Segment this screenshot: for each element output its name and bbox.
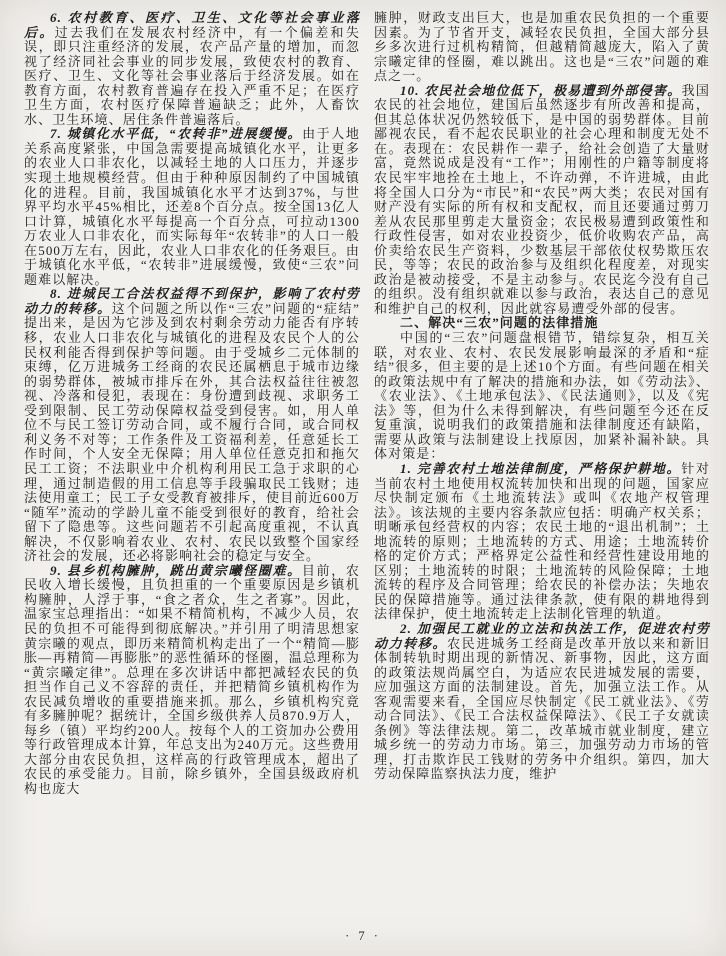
paragraph-item-9-body: 目前，农民收入增长缓慢，且负担重的一个重要原因是乡镇机构臃肿，人浮于事，“食之者… xyxy=(24,563,360,796)
section-heading-legal-measures: 二、解决“三农”问题的法律措施 xyxy=(374,316,710,331)
paragraph-item-10: 10. 农民社会地位低下，极易遭到外部侵害。我国农民的社会地位，建国后虽然逐步有… xyxy=(374,84,710,317)
paragraph-item-7-lead: 7. 城镇化水平低，“农转非”进展缓慢。 xyxy=(50,126,302,141)
paragraph-item-9-continuation: 臃肿，财政支出巨大，也是加重农民负担的一个重要因素。为了节省开支，减轻农民负担，… xyxy=(374,11,710,84)
paragraph-item-7-body: 由于人地关系高度紧张，中国急需要提高城镇化水平，让更多的农业人口非农化，以减轻土… xyxy=(24,126,360,286)
paragraph-item-6-body: 过去我们在发展农村经济中，有一个偏差和失误，即只注重经济的发展，农产品产量的增加… xyxy=(24,25,360,127)
measure-item-2: 2. 加强民工就业的立法和执法工作，促进农村劳动力转移。农民进城务工经商是改革开… xyxy=(374,622,710,782)
paragraph-item-10-body: 我国农民的社会地位，建国后虽然逐步有所改善和提高，但其总体状况仍然较低下，是中国… xyxy=(374,83,710,316)
measure-item-1-body: 针对当前农村土地使用权流转加快和出现的问题，国家应尽快制定颁布《土地流转法》或叫… xyxy=(374,461,710,621)
measure-item-2-body: 农民进城务工经商是改革开放以来和新旧体制转轨时期出现的新情况、新事物，因此，这方… xyxy=(374,636,710,782)
page-number: · 7 · xyxy=(0,929,726,944)
text-column-right: 臃肿，财政支出巨大，也是加重农民负担的一个重要因素。为了节省开支，减轻农民负担，… xyxy=(374,11,710,923)
paragraph-item-9: 9. 县乡机构臃肿，跳出黄宗曦怪圈难。目前，农民收入增长缓慢，且负担重的一个重要… xyxy=(24,564,360,797)
section-intro-paragraph: 中国的“三农”问题盘根错节，错综复杂，相互关联，对农业、农村、农民发展影响最深的… xyxy=(374,331,710,462)
paragraph-item-10-lead: 10. 农民社会地位低下，极易遭到外部侵害。 xyxy=(400,83,682,98)
text-column-left: 6. 农村教育、医疗、卫生、文化等社会事业落后。过去我们在发展农村经济中，有一个… xyxy=(24,11,360,923)
paragraph-item-6: 6. 农村教育、医疗、卫生、文化等社会事业落后。过去我们在发展农村经济中，有一个… xyxy=(24,11,360,127)
page-content: 6. 农村教育、医疗、卫生、文化等社会事业落后。过去我们在发展农村经济中，有一个… xyxy=(0,0,726,923)
measure-item-1-lead: 1. 完善农村土地法律制度，严格保护耕地。 xyxy=(400,461,681,476)
paragraph-item-9-lead: 9. 县乡机构臃肿，跳出黄宗曦怪圈难。 xyxy=(50,563,302,578)
paragraph-item-9-continuation-body: 臃肿，财政支出巨大，也是加重农民负担的一个重要因素。为了节省开支，减轻农民负担，… xyxy=(374,11,710,83)
paragraph-item-8: 8. 进城民工合法权益得不到保护，影响了农村劳动力的转移。这个问题之所以作“三农… xyxy=(24,287,360,563)
paragraph-item-7: 7. 城镇化水平低，“农转非”进展缓慢。由于人地关系高度紧张，中国急需要提高城镇… xyxy=(24,127,360,287)
paragraph-item-8-body: 这个问题之所以作“三农”问题的“症结”提出来，是因为它涉及到农村剩余劳动力能否有… xyxy=(24,301,360,563)
measure-item-1: 1. 完善农村土地法律制度，严格保护耕地。针对当前农村土地使用权流转加快和出现的… xyxy=(374,462,710,622)
document-page: 6. 农村教育、医疗、卫生、文化等社会事业落后。过去我们在发展农村经济中，有一个… xyxy=(0,0,726,956)
